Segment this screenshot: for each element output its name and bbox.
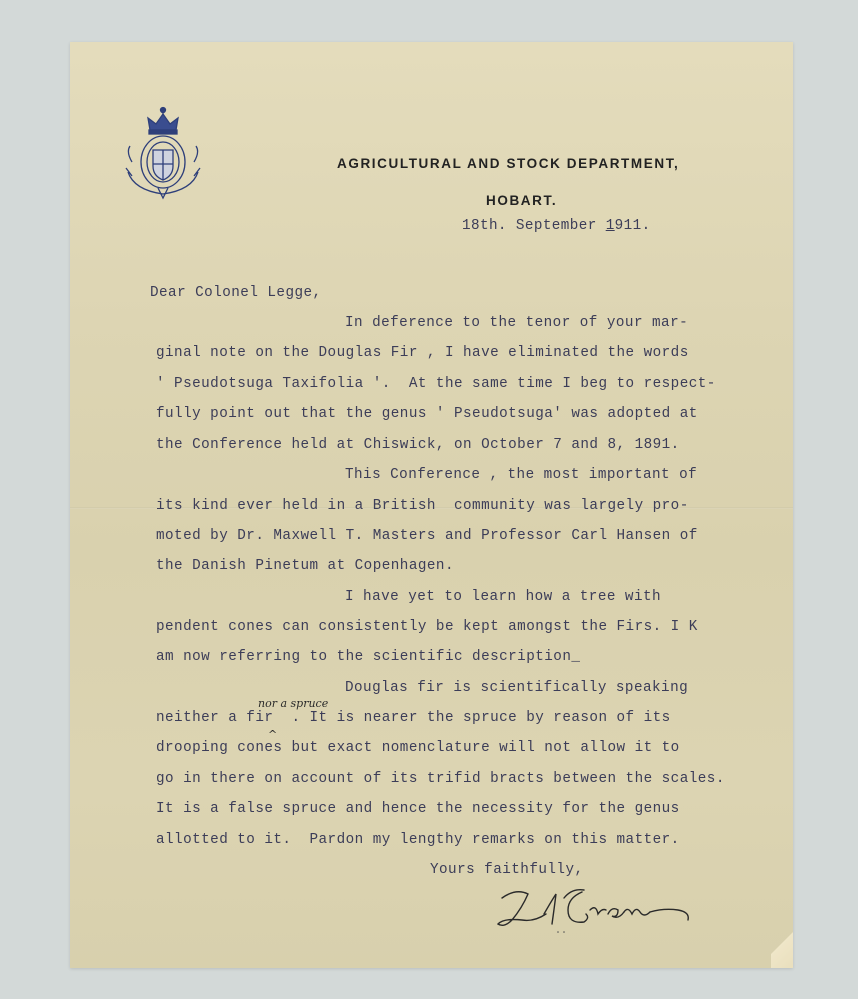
body-line: its kind ever held in a British communit… (156, 498, 689, 514)
letter-paper: AGRICULTURAL AND STOCK DEPARTMENT, HOBAR… (70, 42, 793, 968)
handwritten-insertion: nor a spruce (258, 697, 328, 710)
signature: L. A. Evans (494, 884, 716, 936)
body-line: neither a fir . It is nearer the spruce … (156, 710, 671, 726)
closing: Yours faithfully, (430, 862, 584, 878)
letterhead-city: HOBART. (486, 193, 557, 208)
date-year-underlined: 1 (606, 218, 615, 234)
body-line: ' Pseudotsuga Taxifolia '. At the same t… (156, 376, 716, 392)
body-line: allotted to it. Pardon my lengthy remark… (156, 832, 680, 848)
body-line: This Conference , the most important of (345, 467, 697, 483)
royal-coat-of-arms-crest-icon (120, 102, 206, 210)
body-line: Douglas fir is scientifically speaking (345, 680, 688, 696)
body-line: am now referring to the scientific descr… (156, 649, 580, 665)
body-line: I have yet to learn how a tree with (345, 589, 661, 605)
body-line: the Danish Pinetum at Copenhagen. (156, 558, 454, 574)
salutation: Dear Colonel Legge, (150, 285, 322, 301)
letterhead-department: AGRICULTURAL AND STOCK DEPARTMENT, (337, 156, 679, 171)
date-text: 18th. September (462, 218, 606, 234)
body-line: the Conference held at Chiswick, on Octo… (156, 437, 680, 453)
body-line: pendent cones can consistently be kept a… (156, 619, 698, 635)
paper-corner-curl (771, 924, 793, 968)
body-line: ginal note on the Douglas Fir , I have e… (156, 345, 689, 361)
body-line: moted by Dr. Maxwell T. Masters and Prof… (156, 528, 698, 544)
body-line: drooping cones but exact nomenclature wi… (156, 740, 680, 756)
body-line: It is a false spruce and hence the neces… (156, 801, 680, 817)
letter-date: 18th. September 1911. (462, 218, 651, 234)
body-line: go in there on account of its trifid bra… (156, 771, 725, 787)
body-line: In deference to the tenor of your mar- (345, 315, 688, 331)
body-line: fully point out that the genus ' Pseudot… (156, 406, 698, 422)
date-year: 911. (615, 218, 651, 234)
